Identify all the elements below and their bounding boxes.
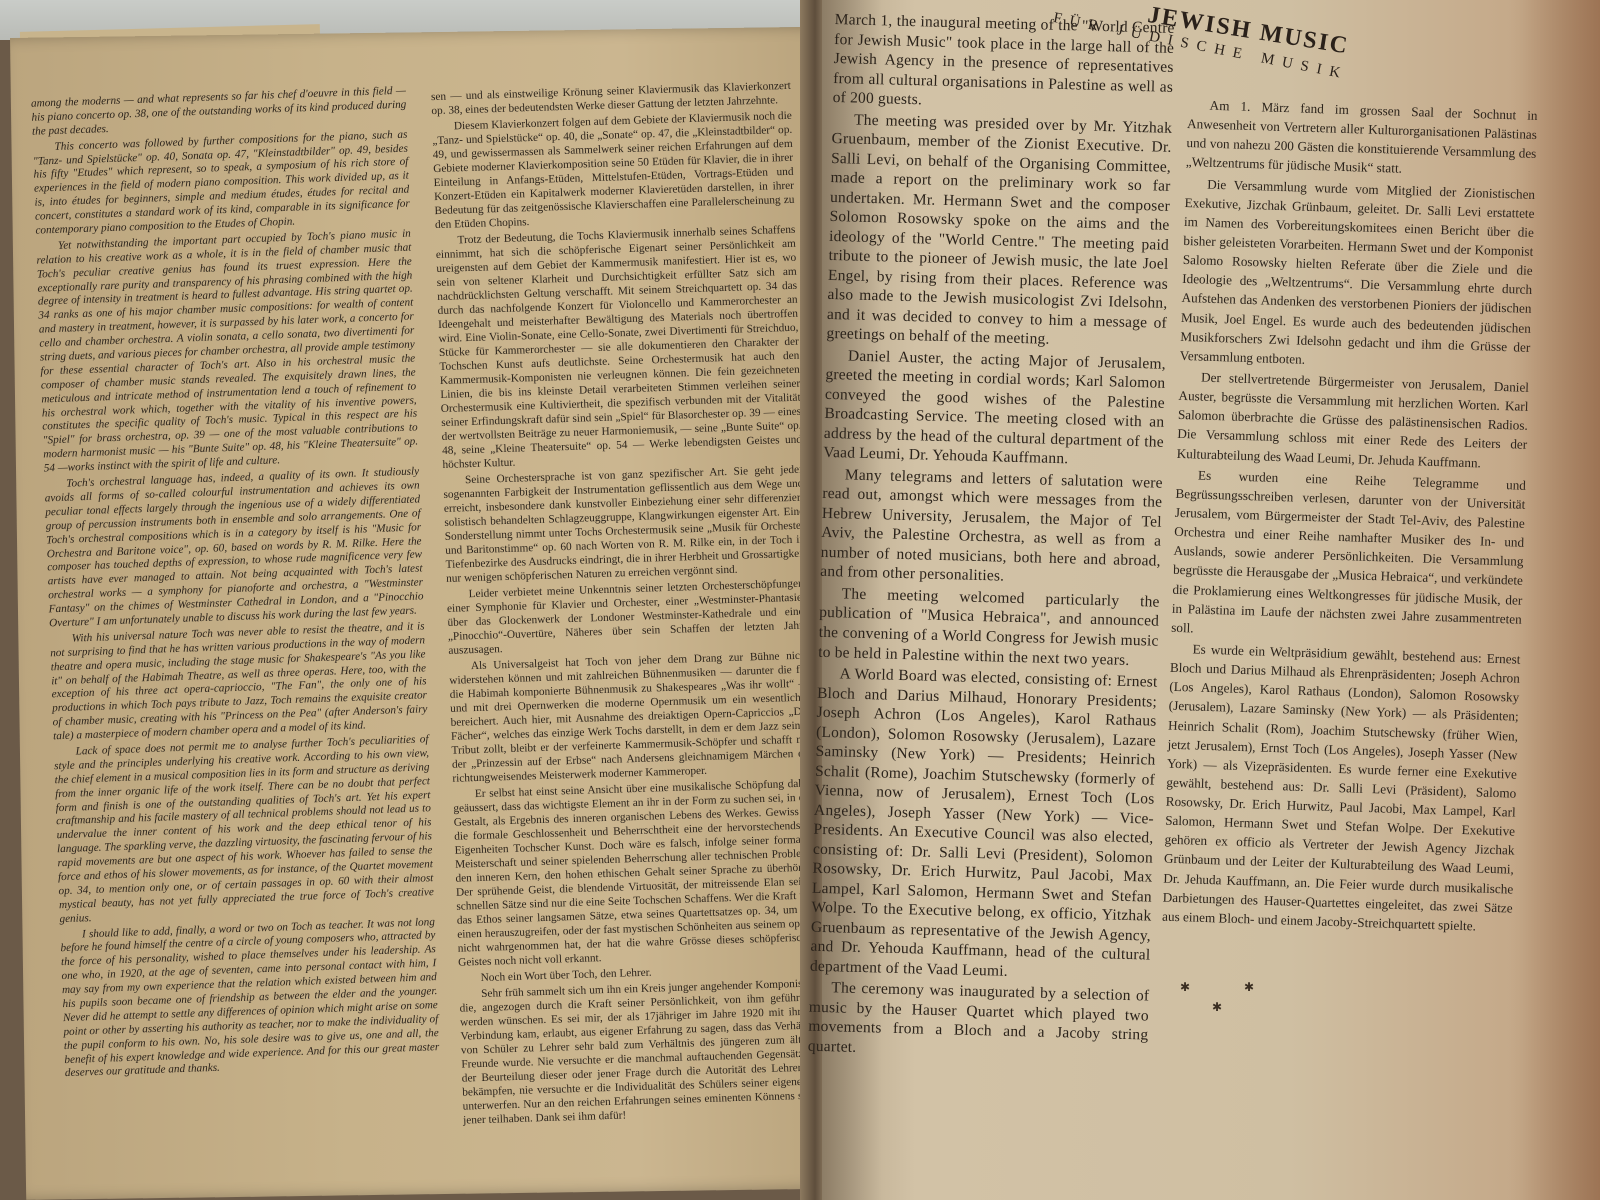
left-german-column: sen — und als einstweilige Krönung seine… <box>431 79 823 1130</box>
paragraph: Trotz der Bedeutung, die Tochs Klaviermu… <box>435 223 802 472</box>
paragraph: A World Board was elected, consisting of… <box>810 664 1158 985</box>
left-page: among the moderns — and what represents … <box>10 27 841 1200</box>
paragraph: Die Versammlung wurde vom Mitglied der Z… <box>1180 174 1536 376</box>
paragraph: Lack of space does not permit me to anal… <box>53 733 434 927</box>
paragraph: Der stellvertretende Bürgermeister von J… <box>1176 367 1529 474</box>
paragraph: Many telegrams and letters of salutation… <box>820 465 1163 591</box>
paragraph: This concerto was followed by further co… <box>32 128 410 238</box>
paragraph: Als Universalgeist hat Toch von jeher de… <box>449 649 813 786</box>
asterisk-icon: ✱ <box>1180 980 1190 994</box>
paragraph: Yet notwithstanding the important part o… <box>36 227 419 476</box>
paragraph: With his universal nature Toch was never… <box>50 620 429 744</box>
paragraph: The meeting was presided over by Mr. Yit… <box>826 110 1172 353</box>
asterisk-icon: ✱ <box>1212 1000 1222 1014</box>
right-german-column: Am 1. März fand im grossen Saal der Soch… <box>1162 95 1538 939</box>
paragraph: Daniel Auster, the acting Major of Jerus… <box>823 346 1166 472</box>
paragraph: March 1, the inaugural meeting of the "W… <box>832 10 1174 116</box>
asterisk-icon: ✱ <box>1244 980 1254 994</box>
paragraph: Seine Orchestersprache ist von ganz spez… <box>443 463 806 586</box>
paragraph: Leider verbietet meine Unkenntnis seiner… <box>446 577 808 658</box>
paragraph: The meeting welcomed particularly the pu… <box>818 584 1160 671</box>
paragraph: Er selbst hat einst seine Ansicht über e… <box>453 776 819 969</box>
paragraph: The ceremony was inaugurated by a select… <box>808 978 1150 1065</box>
paragraph: Es wurden eine Reihe Telegramme und Begr… <box>1171 464 1526 647</box>
paragraph: Diesem Klavierkonzert folgen auf dem Geb… <box>432 109 795 232</box>
paragraph: I should like to add, finally, a word or… <box>60 916 440 1082</box>
left-english-column: among the moderns — and what represents … <box>31 85 440 1084</box>
paragraph: Toch's orchestral language has, indeed, … <box>44 465 424 631</box>
paragraph: Es wurde ein Weltpräsidium gewählt, best… <box>1162 639 1521 937</box>
asterism-ornament: ✱ ✱ ✱ <box>1180 980 1280 1020</box>
paragraph: Am 1. März fand im grossen Saal der Soch… <box>1186 95 1538 183</box>
paragraph: Sehr früh sammelt sich um ihn ein Kreis … <box>459 976 823 1127</box>
right-english-column: March 1, the inaugural meeting of the "W… <box>808 10 1175 1067</box>
